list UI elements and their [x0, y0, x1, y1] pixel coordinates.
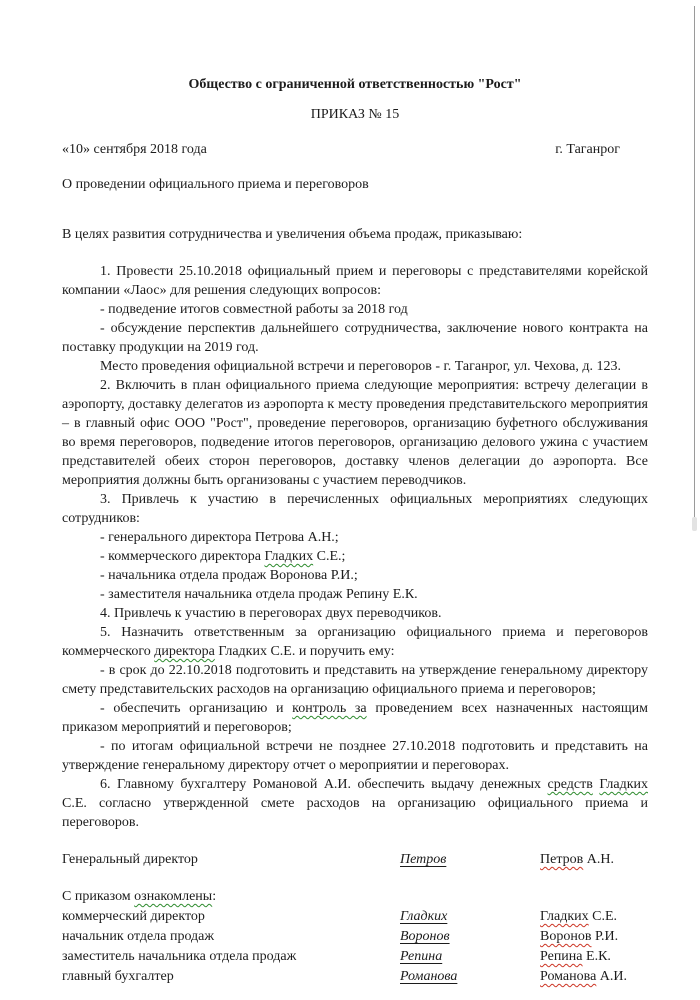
text-segment: - подведение итогов совместной работы за… — [100, 302, 408, 317]
text-segment: 2. Включить в план официального приема с… — [62, 378, 648, 488]
order-number: ПРИКАЗ № 15 — [62, 105, 648, 124]
signature-cell: Романова — [400, 967, 540, 987]
text-segment: - обеспечить организацию и — [100, 701, 292, 716]
text-segment: - в срок до 22.10.2018 подготовить и пре… — [62, 663, 648, 697]
handwritten-signature: Петров — [400, 852, 446, 867]
text-segment: Место проведения официальной встречи и п… — [100, 359, 621, 374]
signature-cell: Репина — [400, 947, 540, 967]
spellcheck-red-text: Романова — [540, 969, 596, 984]
text-segment: 4. Привлечь к участию в переговорах двух… — [100, 606, 441, 621]
scrollbar-track[interactable] — [694, 6, 695, 518]
text-segment: 6. Главному бухгалтеру Романовой А.И. об… — [100, 777, 548, 792]
spellcheck-red-text: Воронов — [540, 929, 591, 944]
spellcheck-green-text: ознакомлены — [134, 889, 212, 904]
handwritten-signature: Репина — [400, 949, 442, 964]
text-segment: Гладких С.Е. и поручить ему: — [215, 644, 395, 659]
signature-ack-rows: коммерческий директорГладкихГладких С.Е.… — [62, 907, 648, 987]
paragraph: - в срок до 22.10.2018 подготовить и пре… — [62, 661, 648, 699]
spellcheck-green-text: контроль за — [292, 701, 367, 716]
signature-row: Генеральный директорПетровПетров А.Н. — [62, 850, 648, 870]
text-segment: - коммерческого директора — [100, 549, 264, 564]
paragraph: - подведение итогов совместной работы за… — [62, 300, 648, 319]
signatory-name: Воронов Р.И. — [540, 927, 648, 947]
spellcheck-green-text: Гладких — [264, 549, 313, 564]
paragraph: Место проведения официальной встречи и п… — [62, 357, 648, 376]
order-preamble: В целях развития сотрудничества и увелич… — [62, 225, 648, 244]
signature-cell: Петров — [400, 850, 540, 870]
signature-row: заместитель начальника отдела продажРепи… — [62, 947, 648, 967]
signature-row: коммерческий директорГладкихГладких С.Е. — [62, 907, 648, 927]
text-segment: Р.И. — [591, 929, 618, 944]
paragraph: 4. Привлечь к участию в переговорах двух… — [62, 604, 648, 623]
text-segment: - начальника отдела продаж Воронова Р.И.… — [100, 568, 358, 583]
ack-heading: С приказом ознакомлены: — [62, 887, 648, 907]
signatory-title: Генеральный директор — [62, 850, 400, 870]
signature-row: начальник отдела продажВороновВоронов Р.… — [62, 927, 648, 947]
paragraph: - генерального директора Петрова А.Н.; — [62, 528, 648, 547]
text-segment: А.Н. — [583, 852, 614, 867]
spellcheck-green-text: Гладких — [599, 777, 648, 792]
signature-block: Генеральный директорПетровПетров А.Н. С … — [62, 850, 648, 987]
handwritten-signature: Гладких — [400, 909, 447, 924]
text-segment: С.Е. согласно утвержденной смете расходо… — [62, 796, 648, 830]
signatory-name: Романова А.И. — [540, 967, 648, 987]
scrollbar-thumb[interactable] — [692, 517, 697, 531]
signatory-title: заместитель начальника отдела продаж — [62, 947, 400, 967]
text-segment: - по итогам официальной встречи не поздн… — [62, 739, 648, 773]
signatory-title: главный бухгалтер — [62, 967, 400, 987]
order-subject: О проведении официального приема и перег… — [62, 175, 648, 194]
spellcheck-red-text: Репина — [540, 949, 583, 964]
paragraph: - обсуждение перспектив дальнейшего сотр… — [62, 319, 648, 357]
paragraph: - коммерческого директора Гладких С.Е.; — [62, 547, 648, 566]
company-title: Общество с ограниченной ответственностью… — [62, 75, 648, 94]
text-segment: : — [212, 889, 216, 904]
paragraph: - обеспечить организацию и контроль за п… — [62, 699, 648, 737]
text-segment: С приказом — [62, 889, 134, 904]
paragraph: 1. Провести 25.10.2018 официальный прием… — [62, 262, 648, 300]
signatory-name: Репина Е.К. — [540, 947, 648, 967]
signatory-title: коммерческий директор — [62, 907, 400, 927]
spellcheck-green-text: директора — [154, 644, 215, 659]
paragraph: - по итогам официальной встречи не поздн… — [62, 737, 648, 775]
text-segment: 3. Привлечь к участию в перечисленных оф… — [62, 492, 648, 526]
spellcheck-red-text: Гладких — [540, 909, 589, 924]
handwritten-signature: Романова — [400, 969, 457, 984]
signatory-name: Петров А.Н. — [540, 850, 648, 870]
paragraph: 2. Включить в план официального приема с… — [62, 376, 648, 490]
order-date: «10» сентября 2018 года — [62, 140, 207, 159]
text-segment: С.Е.; — [313, 549, 345, 564]
document-body: 1. Провести 25.10.2018 официальный прием… — [62, 262, 648, 832]
text-segment: - заместителя начальника отдела продаж Р… — [100, 587, 418, 602]
spellcheck-red-text: Петров — [540, 852, 583, 867]
text-segment: - генерального директора Петрова А.Н.; — [100, 530, 339, 545]
signatory-name: Гладких С.Е. — [540, 907, 648, 927]
order-city: г. Таганрог — [555, 140, 620, 159]
text-segment: Е.К. — [583, 949, 611, 964]
date-city-row: «10» сентября 2018 года г. Таганрог — [62, 140, 648, 159]
text-segment: - обсуждение перспектив дальнейшего сотр… — [62, 321, 648, 355]
paragraph: 6. Главному бухгалтеру Романовой А.И. об… — [62, 775, 648, 832]
paragraph: - заместителя начальника отдела продаж Р… — [62, 585, 648, 604]
signature-director-row: Генеральный директорПетровПетров А.Н. — [62, 850, 648, 870]
document-page: Общество с ограниченной ответственностью… — [0, 0, 700, 987]
paragraph: - начальника отдела продаж Воронова Р.И.… — [62, 566, 648, 585]
signature-row: главный бухгалтерРомановаРоманова А.И. — [62, 967, 648, 987]
signature-cell: Гладких — [400, 907, 540, 927]
text-segment: С.Е. — [589, 909, 617, 924]
signatory-title: начальник отдела продаж — [62, 927, 400, 947]
handwritten-signature: Воронов — [400, 929, 450, 944]
spellcheck-green-text: средств — [548, 777, 593, 792]
text-segment: А.И. — [596, 969, 627, 984]
paragraph: 3. Привлечь к участию в перечисленных оф… — [62, 490, 648, 528]
signature-cell: Воронов — [400, 927, 540, 947]
text-segment: 1. Провести 25.10.2018 официальный прием… — [62, 264, 648, 298]
paragraph: 5. Назначить ответственным за организаци… — [62, 623, 648, 661]
